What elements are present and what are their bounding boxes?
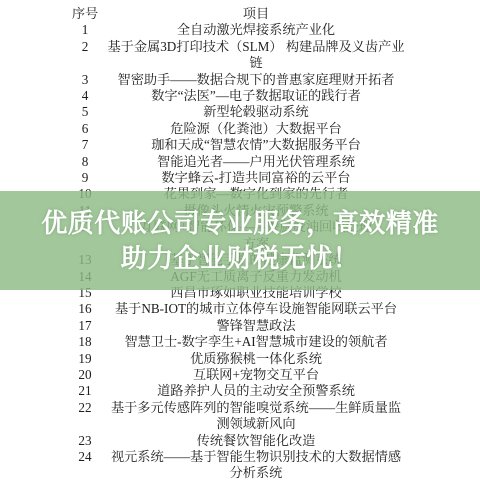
table-row: 19优质猕猴桃一体化系统 [64,351,406,367]
row-number: 17 [64,318,106,334]
row-title: 道路养护人员的主动安全预警系统 [106,383,406,399]
table-row: 22基于多元传感阵列的智能嗅觉系统——生鲜质量监 测领域新风向 [64,400,406,433]
table-row: 3智密助手——数据合规下的普惠家庭理财开拓者 [64,72,406,88]
table-row: 20互联网+宠物交互平台 [64,367,406,383]
row-number: 6 [64,121,106,137]
row-title: 数字“法医”—电子数据取证的践行者 [106,88,406,104]
row-number: 21 [64,383,106,399]
table-row: 23传统餐饮智能化改造 [64,433,406,449]
header-cell-title: 项目 [106,6,406,22]
row-number: 4 [64,88,106,104]
watermark-line-1: 优质代账公司专业服务，高效精准 [41,206,439,241]
row-title: 视元系统——基于智能生物识别技术的大数据情感 分析系统 [106,449,406,480]
row-number: 19 [64,351,106,367]
table-row: 24视元系统——基于智能生物识别技术的大数据情感 分析系统 [64,449,406,480]
table-row: 18智慧卫士-数字孪生+AI智慧城市建设的领航者 [64,334,406,350]
row-title: 互联网+宠物交互平台 [106,367,406,383]
row-title: 基于金属3D打印技术（SLM） 构建品牌及义齿产业 链 [106,39,406,72]
row-title: 基于NB-IOT的城市立体停车设施智能网联云平台 [106,301,406,317]
row-number: 22 [64,400,106,433]
header-cell-no: 序号 [64,6,106,22]
row-title: 危险源（化粪池）大数据平台 [106,121,406,137]
row-number: 16 [64,301,106,317]
row-number: 24 [64,449,106,480]
table-row: 6危险源（化粪池）大数据平台 [64,121,406,137]
table-header-row: 序号 项目 [64,6,406,22]
row-number: 18 [64,334,106,350]
table-row: 9数字蜂云-打造共同富裕的云平台 [64,170,406,186]
watermark-line-2: 助力企业财税无忧！ [121,241,360,276]
row-title: 优质猕猴桃一体化系统 [106,351,406,367]
table-row: 4数字“法医”—电子数据取证的践行者 [64,88,406,104]
row-title: 警锋智慧政法 [106,318,406,334]
row-number: 1 [64,22,106,38]
row-title: 新型轮毂驱动系统 [106,104,406,120]
table-row: 1全自动激光焊接系统产业化 [64,22,406,38]
table-row: 5新型轮毂驱动系统 [64,104,406,120]
watermark-banner: 优质代账公司专业服务，高效精准 助力企业财税无忧！ [0,191,480,290]
row-number: 3 [64,72,106,88]
row-number: 9 [64,170,106,186]
row-number: 8 [64,154,106,170]
row-number: 5 [64,104,106,120]
row-number: 23 [64,433,106,449]
row-title: 智能追光者——户用光伏管理系统 [106,154,406,170]
table-row: 17警锋智慧政法 [64,318,406,334]
row-title: 基于多元传感阵列的智能嗅觉系统——生鲜质量监 测领域新风向 [106,400,406,433]
row-title: 珈和天成“智慧农情”大数据服务平台 [106,137,406,153]
row-title: 数字蜂云-打造共同富裕的云平台 [106,170,406,186]
table-row: 2基于金属3D打印技术（SLM） 构建品牌及义齿产业 链 [64,39,406,72]
row-title: 智密助手——数据合规下的普惠家庭理财开拓者 [106,72,406,88]
row-title: 传统餐饮智能化改造 [106,433,406,449]
row-number: 7 [64,137,106,153]
row-title: 智慧卫士-数字孪生+AI智慧城市建设的领航者 [106,334,406,350]
table-row: 7珈和天成“智慧农情”大数据服务平台 [64,137,406,153]
table-row: 8智能追光者——户用光伏管理系统 [64,154,406,170]
row-number: 20 [64,367,106,383]
document-page: 序号 项目 1全自动激光焊接系统产业化2基于金属3D打印技术（SLM） 构建品牌… [0,0,480,480]
table-row: 16基于NB-IOT的城市立体停车设施智能网联云平台 [64,301,406,317]
table-row: 21道路养护人员的主动安全预警系统 [64,383,406,399]
row-number: 2 [64,39,106,72]
row-title: 全自动激光焊接系统产业化 [106,22,406,38]
